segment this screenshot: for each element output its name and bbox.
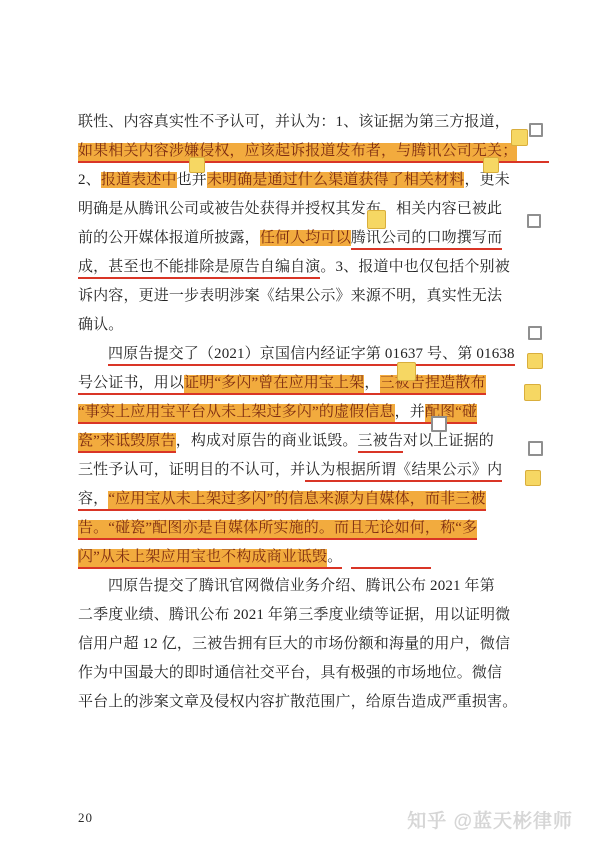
sticky-note-marker bbox=[511, 129, 528, 146]
underlined-text: 容， bbox=[78, 491, 108, 511]
plain-text: 2、 bbox=[78, 172, 101, 188]
text-line: 作为中国最大的即时通信社交平台，具有极强的市场地位。微信 bbox=[78, 659, 521, 688]
text-line: 号公证书，用以证明“多闪”曾在应用宝上架，三被告捏造散布 bbox=[78, 369, 521, 398]
underlined-text: 三被告 bbox=[358, 433, 403, 453]
plain-text: 联性、内容真实性不予认可，并认为：1、该证据为第三方报道， bbox=[78, 114, 510, 130]
plain-text: ，更未 bbox=[464, 172, 509, 188]
document-page: 联性、内容真实性不予认可，并认为：1、该证据为第三方报道，如果相关内容涉嫌侵权，… bbox=[0, 0, 595, 842]
highlighted-underlined-text: “事实上应用宝平台从未上架过多闪”的虚假信息 bbox=[78, 404, 395, 424]
highlighted-underlined-text: “应用宝从未上架过多闪”的信息来源为自媒体，而非三被 bbox=[108, 491, 485, 511]
plain-text: 信用户超 12 亿，三被告拥有巨大的市场份额和海量的用户，微信 bbox=[78, 636, 510, 652]
plain-text: 也并 bbox=[177, 172, 207, 188]
plain-text: 二季度业绩、腾讯公布 2021 年第三季度业绩等证据，用以证明微 bbox=[78, 607, 510, 623]
checkbox-marker bbox=[529, 123, 543, 137]
plain-text: 前的公开媒体报道所披露， bbox=[78, 230, 260, 246]
text-line: 明确是从腾讯公司或被告处获得并授权其发布。相关内容已被此 bbox=[78, 195, 521, 224]
underlined-text: 四原告提交了（2021）京国信内经证字第 01637 号、第 01638 bbox=[108, 346, 515, 366]
checkbox-marker bbox=[528, 441, 543, 456]
plain-text: 平台上的涉案文章及侵权内容扩散范围广，给原告造成严重损害。 bbox=[78, 694, 517, 710]
checkbox-marker bbox=[431, 416, 447, 432]
highlighted-underlined-text: 三被告捏造散布 bbox=[380, 375, 486, 395]
plain-text: 。3、报道中也仅包括个别被 bbox=[320, 259, 509, 275]
highlighted-text: 未明确是通过什么渠道获得了相关材料 bbox=[207, 172, 465, 188]
text-line: 二季度业绩、腾讯公布 2021 年第三季度业绩等证据，用以证明微 bbox=[78, 601, 521, 630]
sticky-note-marker bbox=[527, 353, 543, 369]
page-number: 20 bbox=[78, 810, 93, 826]
highlighted-underlined-text: 告。“碰瓷”配图亦是自媒体所实施的。而且无论如何，称“多 bbox=[78, 520, 477, 540]
sticky-note-marker bbox=[189, 157, 205, 173]
sticky-note-marker bbox=[483, 157, 499, 173]
text-line: 诉内容，更进一步表明涉案《结果公示》来源不明，真实性无法 bbox=[78, 282, 521, 311]
sticky-note-marker bbox=[525, 470, 541, 486]
text-line: “事实上应用宝平台从未上架过多闪”的虚假信息，并配图“碰 bbox=[78, 398, 521, 427]
plain-text: 确认。 bbox=[78, 317, 123, 333]
text-line: 平台上的涉案文章及侵权内容扩散范围广，给原告造成严重损害。 bbox=[78, 688, 521, 717]
underlined-text: ，并 bbox=[395, 404, 425, 424]
text-line: 瓷”来诋毁原告，构成对原告的商业诋毁。三被告对以上证据的 bbox=[78, 427, 521, 456]
text-line: 联性、内容真实性不予认可，并认为：1、该证据为第三方报道， bbox=[78, 108, 521, 137]
underlined-text: 认为根据所谓《结果公示》内 bbox=[305, 462, 502, 482]
text-line: 三性予认可，证明目的不认可，并认为根据所谓《结果公示》内 bbox=[78, 456, 521, 485]
text-line: 四原告提交了腾讯官网微信业务介绍、腾讯公布 2021 年第 bbox=[78, 572, 521, 601]
document-text: 联性、内容真实性不予认可，并认为：1、该证据为第三方报道，如果相关内容涉嫌侵权，… bbox=[78, 108, 521, 717]
underlined-text: 。 bbox=[327, 549, 342, 569]
sticky-note-marker bbox=[524, 384, 541, 401]
text-line: 容，“应用宝从未上架过多闪”的信息来源为自媒体，而非三被 bbox=[78, 485, 521, 514]
text-line: 闪”从未上架应用宝也不构成商业诋毁。 bbox=[78, 543, 521, 572]
highlighted-text: 报道表述中 bbox=[101, 172, 177, 188]
highlighted-underlined-text: 证明“多闪”曾在应用宝上架 bbox=[184, 375, 364, 395]
sticky-note-marker bbox=[367, 210, 386, 229]
highlighted-underlined-text: 如果相关内容涉嫌侵权，应该起诉报道发布者，与腾讯公司无关； bbox=[78, 143, 517, 163]
watermark: 知乎 @蓝天彬律师 bbox=[407, 806, 573, 833]
plain-text: ，构成对原告的商业诋毁。 bbox=[176, 433, 358, 449]
plain-text: 作为中国最大的即时通信社交平台，具有极强的市场地位。微信 bbox=[78, 665, 502, 681]
checkbox-marker bbox=[528, 326, 542, 340]
underlined-text: 号公证书，用以 bbox=[78, 375, 184, 395]
plain-text: 明确是从腾讯公司或被告处获得并授权其发布。相关内容已被此 bbox=[78, 201, 502, 217]
text-line: 前的公开媒体报道所披露，任何人均可以腾讯公司的口吻撰写而 bbox=[78, 224, 521, 253]
text-line: 信用户超 12 亿，三被告拥有巨大的市场份额和海量的用户，微信 bbox=[78, 630, 521, 659]
text-line: 告。“碰瓷”配图亦是自媒体所实施的。而且无论如何，称“多 bbox=[78, 514, 521, 543]
plain-text: 四原告提交了腾讯官网微信业务介绍、腾讯公布 2021 年第 bbox=[108, 578, 495, 594]
text-line: 2、报道表述中也并未明确是通过什么渠道获得了相关材料，更未 bbox=[78, 166, 521, 195]
text-line: 如果相关内容涉嫌侵权，应该起诉报道发布者，与腾讯公司无关； bbox=[78, 137, 521, 166]
underlined-text: 腾讯公司的口吻撰写而 bbox=[351, 230, 503, 250]
underlined-text: ， bbox=[364, 375, 379, 395]
underlined-text: 成，甚至也不能排除是原告自编自演 bbox=[78, 259, 320, 279]
text-line: 确认。 bbox=[78, 311, 521, 340]
highlighted-underlined-text: 闪”从未上架应用宝也不构成商业诋毁 bbox=[78, 549, 327, 569]
plain-text: 对以上证据的 bbox=[403, 433, 494, 449]
underline-extension bbox=[517, 161, 549, 163]
sticky-note-marker bbox=[397, 362, 416, 381]
text-line: 成，甚至也不能排除是原告自编自演。3、报道中也仅包括个别被 bbox=[78, 253, 521, 282]
plain-text: 诉内容，更进一步表明涉案《结果公示》来源不明，真实性无法 bbox=[78, 288, 502, 304]
highlighted-underlined-text: 瓷”来诋毁原告 bbox=[78, 433, 176, 453]
highlighted-text: 任何人均可以 bbox=[260, 230, 351, 246]
text-line: 四原告提交了（2021）京国信内经证字第 01637 号、第 01638 bbox=[78, 340, 521, 369]
underline-extension bbox=[351, 567, 431, 569]
plain-text: 三性予认可，证明目的不认可，并 bbox=[78, 462, 305, 478]
checkbox-marker bbox=[527, 214, 541, 228]
